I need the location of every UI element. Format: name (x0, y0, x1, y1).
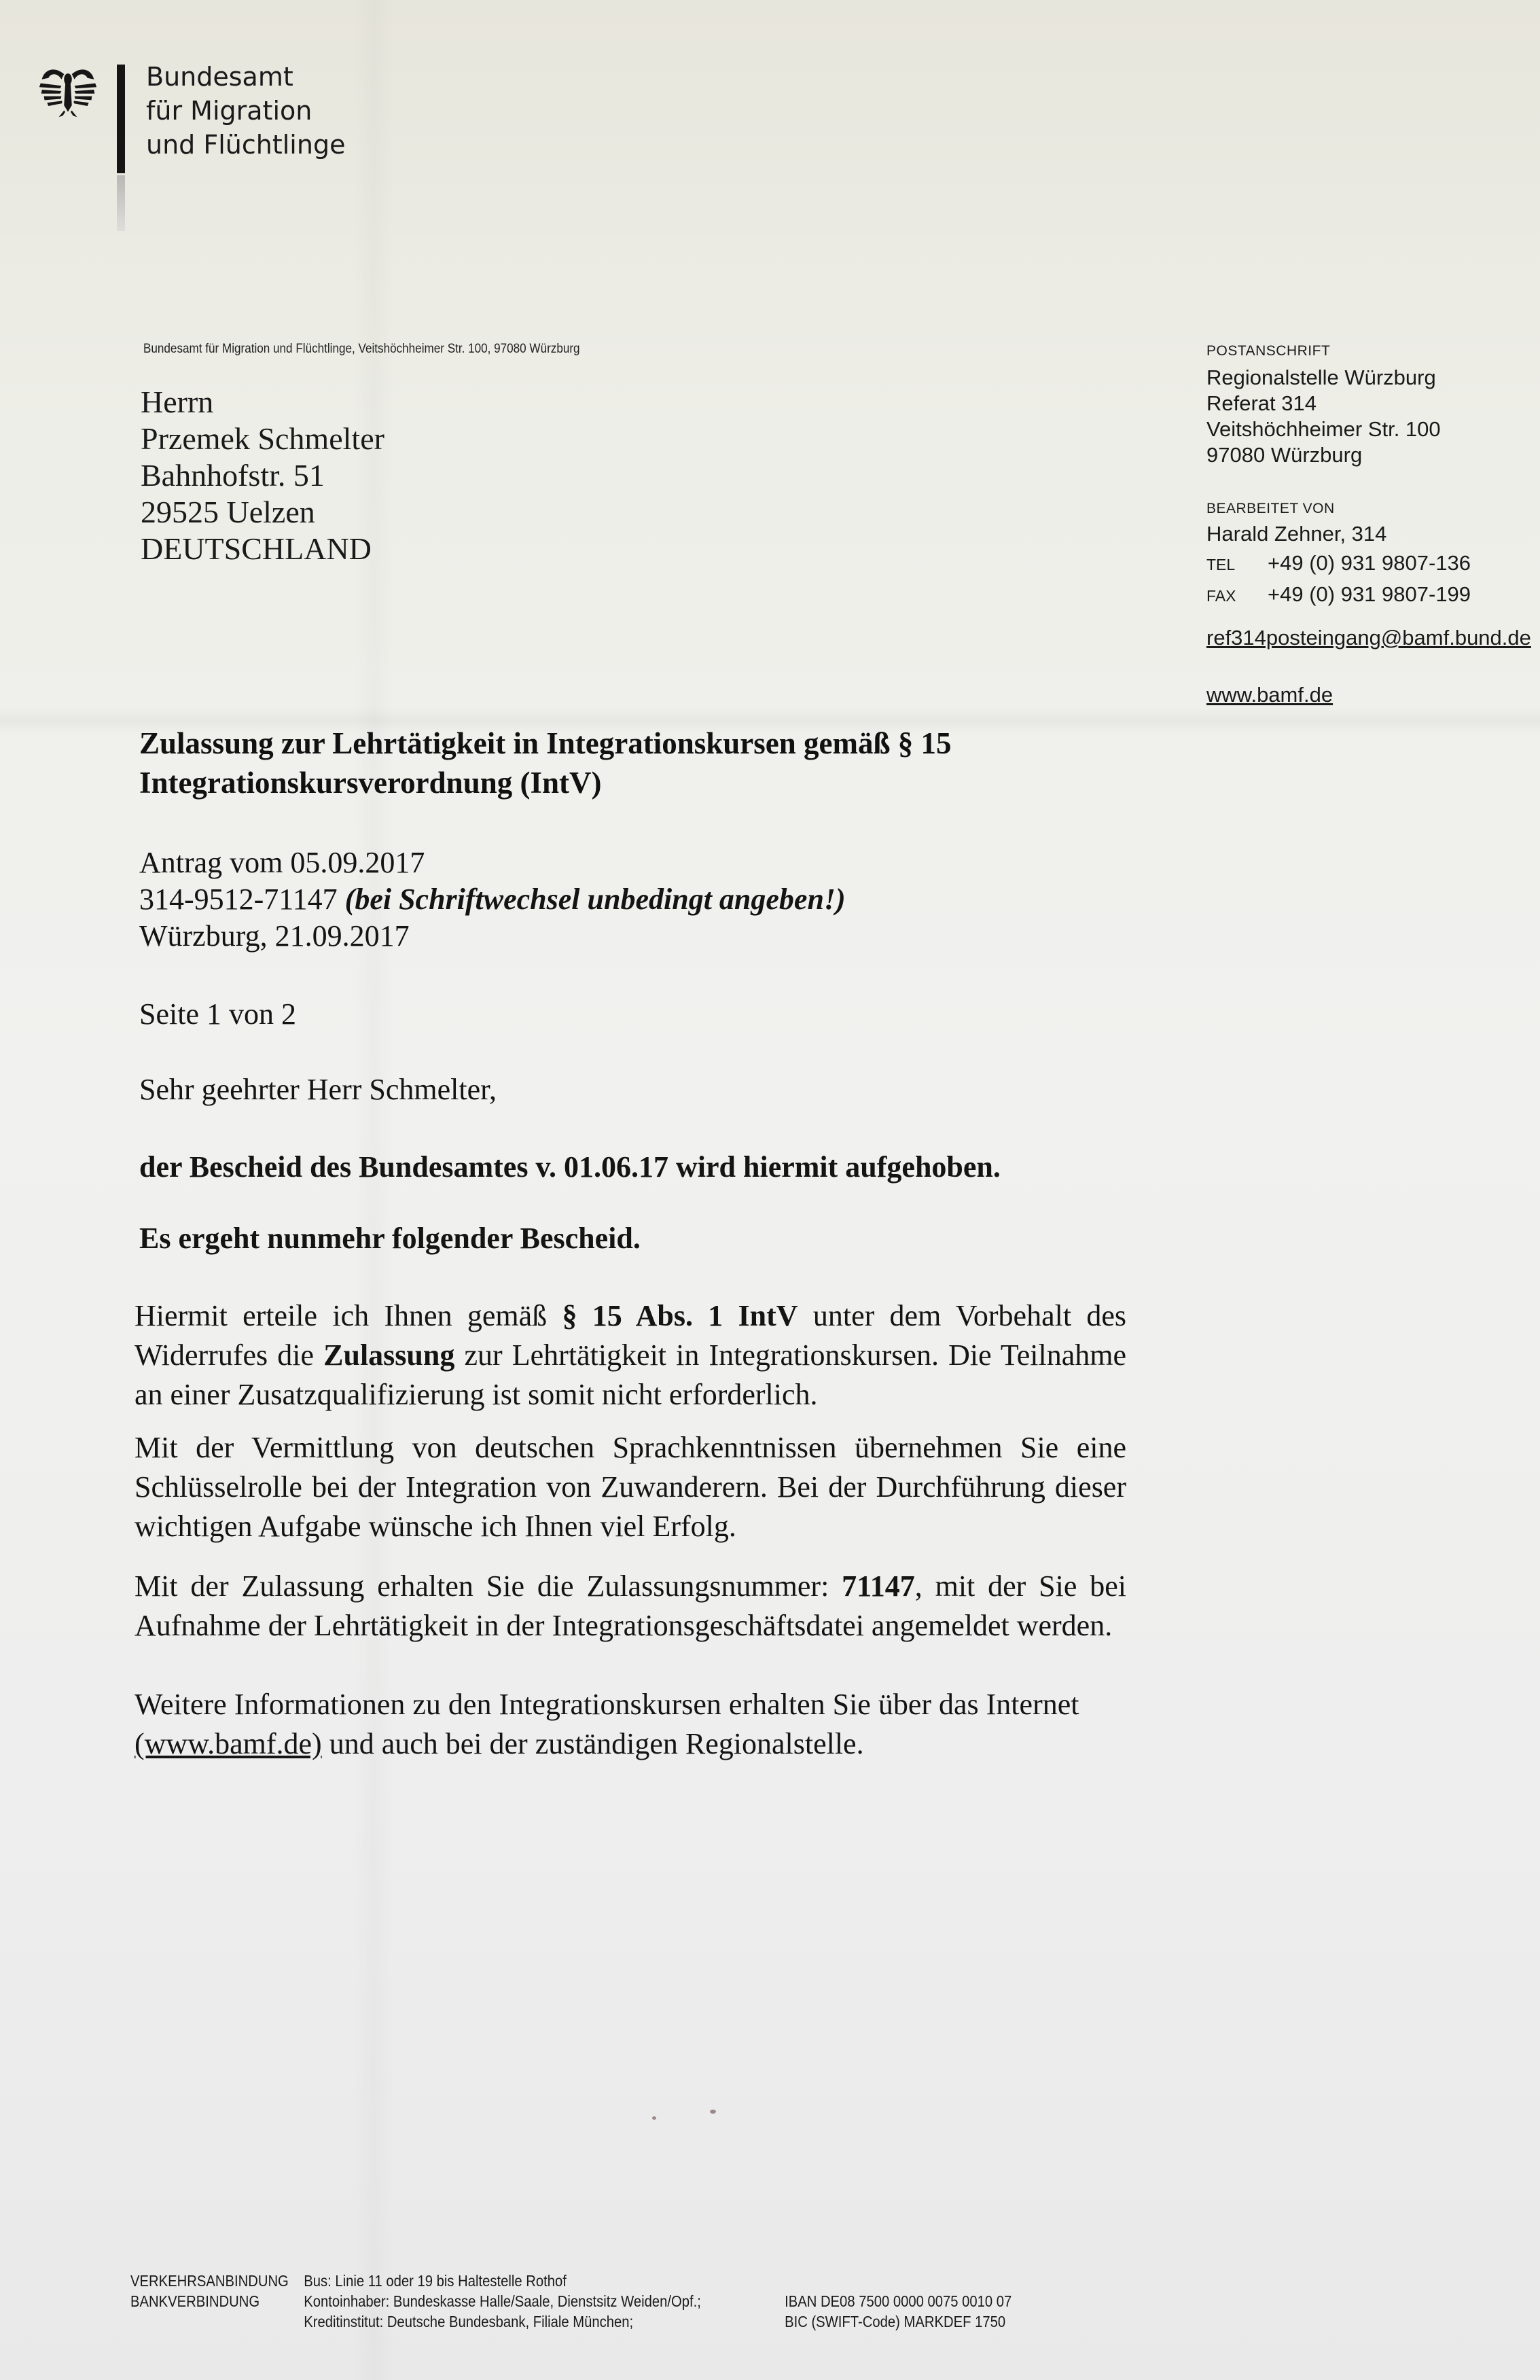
transport-info: Bus: Linie 11 oder 19 bis Haltestelle Ro… (304, 2271, 701, 2291)
new-notice-statement: Es ergeht nunmehr folgender Bescheid. (139, 1221, 641, 1256)
email-link[interactable]: ref314posteingang@bamf.bund.de (1206, 626, 1531, 650)
text: Mit der Zulassung erhalten Sie die Zulas… (135, 1569, 842, 1603)
paper-fold (353, 0, 394, 2380)
approval-number: 71147 (842, 1569, 915, 1603)
tel-number[interactable]: +49 (0) 931 9807-136 (1268, 547, 1471, 580)
recipient-name: Przemek Schmelter (141, 421, 384, 457)
legal-reference: § 15 Abs. 1 IntV (562, 1299, 798, 1332)
website-link[interactable]: www.bamf.de (1206, 683, 1531, 707)
federal-eagle-icon (35, 60, 101, 121)
salutation: Sehr geehrter Herr Schmelter, (139, 1072, 497, 1107)
sender-return-address: Bundesamt für Migration und Flüchtlinge,… (143, 342, 580, 357)
tel-label: TEL (1206, 548, 1268, 581)
recipient-country: DEUTSCHLAND (141, 531, 384, 567)
postal-line: Veitshöchheimer Str. 100 (1206, 416, 1531, 442)
tel-row: TEL +49 (0) 931 9807-136 (1206, 547, 1531, 581)
approval-term: Zulassung (323, 1338, 454, 1372)
text: und auch bei der zuständigen Regionalste… (322, 1727, 864, 1760)
text: Weitere Informationen zu den Integration… (135, 1688, 1079, 1721)
transport-label: VERKEHRSANBINDUNG (130, 2271, 304, 2291)
reference-line: 314-9512-71147 (bei Schriftwechsel unbed… (139, 881, 846, 918)
fax-number: +49 (0) 931 9807-199 (1268, 578, 1471, 611)
bamf-website-link[interactable]: (www.bamf.de) (135, 1727, 322, 1760)
page-number: Seite 1 von 2 (139, 997, 296, 1031)
bank-label: BANKVERBINDUNG (130, 2291, 304, 2311)
organization-name: Bundesamt für Migration und Flüchtlinge (146, 60, 345, 162)
logo-divider (117, 65, 125, 173)
iban: IBAN DE08 7500 0000 0075 0010 07 (701, 2291, 1011, 2311)
recipient-salutation: Herrn (141, 384, 384, 421)
place-date: Würzburg, 21.09.2017 (139, 918, 846, 955)
paper-speck (710, 2110, 716, 2114)
bic: BIC (SWIFT-Code) MARKDEF 1750 (701, 2311, 1011, 2332)
postal-line: Referat 314 (1206, 391, 1531, 416)
bank-institute: Kreditinstitut: Deutsche Bundesbank, Fil… (304, 2311, 701, 2332)
postal-line: 97080 Würzburg (1206, 442, 1531, 468)
application-date: Antrag vom 05.09.2017 (139, 845, 846, 881)
footer: VERKEHRSANBINDUNG Bus: Linie 11 oder 19 … (130, 2271, 1011, 2332)
info-paragraph: Weitere Informationen zu den Integration… (135, 1685, 1126, 1764)
fax-label: FAX (1206, 580, 1268, 612)
reference-note: (bei Schriftwechsel unbedingt angeben!) (345, 883, 846, 916)
recipient-city: 29525 Uelzen (141, 494, 384, 531)
text: Hiermit erteile ich Ihnen gemäß (135, 1299, 562, 1332)
approval-number-paragraph: Mit der Zulassung erhalten Sie die Zulas… (135, 1567, 1126, 1646)
subject-line: Zulassung zur Lehrtätigkeit in Integrati… (139, 724, 1124, 802)
contact-column: POSTANSCHRIFT Regionalstelle Würzburg Re… (1206, 343, 1531, 707)
recipient-address: Herrn Przemek Schmelter Bahnhofstr. 51 2… (141, 384, 384, 567)
approval-paragraph: Hiermit erteile ich Ihnen gemäß § 15 Abs… (135, 1296, 1126, 1415)
recipient-street: Bahnhofstr. 51 (141, 457, 384, 494)
postal-address-label: POSTANSCHRIFT (1206, 343, 1531, 359)
revocation-statement: der Bescheid des Bundesamtes v. 01.06.17… (139, 1150, 1001, 1184)
handled-by: Harald Zehner, 314 (1206, 521, 1531, 547)
role-paragraph: Mit der Vermittlung von deutschen Sprach… (135, 1428, 1126, 1546)
handled-by-label: BEARBEITET VON (1206, 501, 1531, 517)
paper-speck (652, 2116, 656, 2120)
fax-row: FAX +49 (0) 931 9807-199 (1206, 578, 1531, 612)
account-holder: Kontoinhaber: Bundeskasse Halle/Saale, D… (304, 2291, 701, 2311)
logo-divider-shadow (117, 175, 125, 231)
postal-line: Regionalstelle Würzburg (1206, 365, 1531, 391)
org-line: und Flüchtlinge (146, 128, 345, 162)
postal-address: Regionalstelle Würzburg Referat 314 Veit… (1206, 365, 1531, 468)
org-line: für Migration (146, 94, 345, 128)
org-line: Bundesamt (146, 60, 345, 94)
reference-block: Antrag vom 05.09.2017 314-9512-71147 (be… (139, 845, 846, 955)
reference-number: 314-9512-71147 (139, 883, 338, 916)
